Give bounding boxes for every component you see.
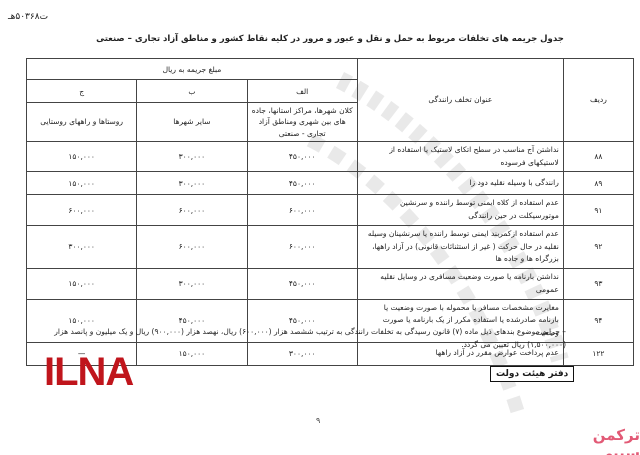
fine-col-c: ۶۰۰,۰۰۰ (27, 195, 137, 226)
document-number: ت۵۰۳۶۸هـ (8, 12, 48, 22)
fine-col-b: ۳۰۰,۰۰۰ (137, 269, 247, 300)
ilna-logo: ILNA (44, 352, 133, 392)
table-row: ۸۹ رانندگی با وسیله نقلیه دود زا ۴۵۰,۰۰۰… (27, 172, 634, 195)
header-radif: ردیف (563, 59, 633, 142)
fine-col-a: ۴۵۰,۰۰۰ (247, 269, 357, 300)
header-col-b-letter: ب (137, 80, 247, 103)
row-description: عدم استفاده از کلاه ایمنی توسط راننده و … (357, 195, 563, 226)
fine-col-c: ۱۵۰,۰۰۰ (27, 172, 137, 195)
fine-col-a: ۶۰۰,۰۰۰ (247, 225, 357, 268)
fine-col-c: ۳۰۰,۰۰۰ (27, 225, 137, 268)
fine-col-a: ۶۰۰,۰۰۰ (247, 195, 357, 226)
header-col-a-area: کلان شهرها، مراکز استانها، جاده های بین … (247, 103, 357, 142)
row-description: عدم استفاده ازکمربند ایمنی توسط راننده ی… (357, 225, 563, 268)
row-number: ۹۲ (563, 225, 633, 268)
row-number: ۱۲۲ (563, 342, 633, 365)
fine-col-c: ۱۵۰,۰۰۰ (27, 269, 137, 300)
header-col-c-letter: ج (27, 80, 137, 103)
row-number: ۹۴ (563, 299, 633, 342)
fine-col-a: ۴۵۰,۰۰۰ (247, 141, 357, 172)
row-description: نداشتن آج مناسب در سطح اتکای لاستیک یا ا… (357, 141, 563, 172)
fine-col-b: ۶۰۰,۰۰۰ (137, 195, 247, 226)
fine-col-c: ۱۵۰,۰۰۰ (27, 141, 137, 172)
row-description: رانندگی با وسیله نقلیه دود زا (357, 172, 563, 195)
fines-table: ردیف عنوان تخلف رانندگی مبلغ جریمه به ری… (26, 58, 634, 366)
row-number: ۹۳ (563, 269, 633, 300)
header-violation-title: عنوان تخلف رانندگی (357, 59, 563, 142)
government-office-stamp: دفتر هیئت دولت (490, 366, 574, 382)
table-row: ۹۳ نداشتن بارنامه یا صورت وضعیت مسافری د… (27, 269, 634, 300)
fine-col-a: ۴۵۰,۰۰۰ (247, 172, 357, 195)
fine-col-b: ۳۰۰,۰۰۰ (137, 141, 247, 172)
table-row: ۹۲ عدم استفاده ازکمربند ایمنی توسط رانند… (27, 225, 634, 268)
header-col-c-area: روستاها و راههای روستایی (27, 103, 137, 142)
document-title: جدول جریمه های تخلفات مربوط به حمل و نقل… (90, 34, 570, 44)
fine-col-b: ۶۰۰,۰۰۰ (137, 225, 247, 268)
row-number: ۹۱ (563, 195, 633, 226)
document-page: ت۵۰۳۶۸هـ جدول جریمه های تخلفات مربوط به … (0, 0, 640, 455)
page-number: ۹ (316, 416, 320, 425)
header-col-b-area: سایر شهرها (137, 103, 247, 142)
row-description: نداشتن بارنامه یا صورت وضعیت مسافری در و… (357, 269, 563, 300)
row-number: ۸۸ (563, 141, 633, 172)
site-watermark-logo: ترکمن سیبی (548, 426, 640, 455)
footnote-text: – جرایم موضوع بندهای ذیل ماده (۷) قانون … (46, 326, 566, 352)
header-col-a-letter: الف (247, 80, 357, 103)
header-fine-amount: مبلغ جریمه به ریال (27, 59, 358, 80)
row-number: ۸۹ (563, 172, 633, 195)
table-row: ۸۸ نداشتن آج مناسب در سطح اتکای لاستیک ی… (27, 141, 634, 172)
fine-col-b: ۳۰۰,۰۰۰ (137, 172, 247, 195)
table-row: ۹۱ عدم استفاده از کلاه ایمنی توسط راننده… (27, 195, 634, 226)
